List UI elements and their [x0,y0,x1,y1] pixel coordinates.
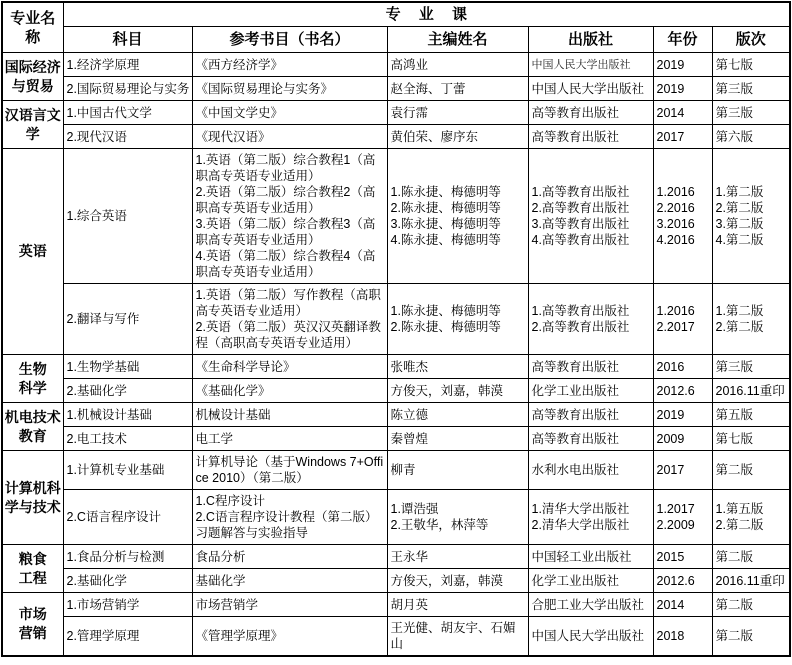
editor-cell: 黄伯荣、廖序东 [387,125,528,149]
edition-cell: 2016.11重印 [712,379,790,403]
year-cell: 2019 [653,403,712,427]
book-cell: 《国际贸易理论与实务》 [192,77,387,101]
major-name-cell: 粮食 工程 [2,545,63,593]
subject-cell: 2.基础化学 [63,569,192,593]
year-cell: 2017 [653,125,712,149]
edition-cell: 第二版 [712,545,790,569]
publisher-cell: 1.高等教育出版社 2.高等教育出版社 [528,284,653,355]
editor-cell: 方俊天，刘嘉，韩漠 [387,569,528,593]
publisher-cell: 中国人民大学出版社 [528,53,653,77]
book-cell: 1.英语（第二版）综合教程1（高职高专英语专业适用） 2.英语（第二版）综合教程… [192,149,387,284]
publisher-cell: 水利水电出版社 [528,451,653,490]
major-name-cell: 计算机科 学与技术 [2,451,63,545]
year-cell: 2019 [653,77,712,101]
edition-cell: 第二版 [712,617,790,657]
major-name-cell: 市场 营销 [2,593,63,657]
edition-cell: 1.第二版 2.第二版 [712,284,790,355]
major-name-cell: 国际经济 与贸易 [2,53,63,101]
publisher-cell: 1.清华大学出版社 2.清华大学出版社 [528,490,653,545]
column-header-3: 出版社 [528,27,653,53]
edition-cell: 第五版 [712,403,790,427]
editor-cell: 胡月英 [387,593,528,617]
publisher-cell: 高等教育出版社 [528,101,653,125]
table-row: 机电技术 教育1.机械设计基础机械设计基础陈立德高等教育出版社2019第五版 [2,403,790,427]
editor-cell: 王光健、胡友宇、石媚山 [387,617,528,657]
book-cell: 《生命科学导论》 [192,355,387,379]
subject-cell: 1.市场营销学 [63,593,192,617]
subject-cell: 1.食品分析与检测 [63,545,192,569]
edition-cell: 1.第五版 2.第二版 [712,490,790,545]
course-reference-table: 专业名 称 专 业 课 科目参考书目（书名）主编姓名出版社年份版次 国际经济 与… [1,1,791,657]
document-page: 专业名 称 专 业 课 科目参考书目（书名）主编姓名出版社年份版次 国际经济 与… [0,0,792,665]
publisher-cell: 高等教育出版社 [528,427,653,451]
edition-cell: 第三版 [712,101,790,125]
book-cell: 1.英语（第二版）写作教程（高职高专英语专业适用） 2.英语（第二版）英汉汉英翻… [192,284,387,355]
subject-cell: 2.基础化学 [63,379,192,403]
publisher-cell: 中国轻工业出版社 [528,545,653,569]
book-cell: 《管理学原理》 [192,617,387,657]
table-row: 2.C语言程序设计1.C程序设计 2.C语言程序设计教程（第二版）习题解答与实验… [2,490,790,545]
subject-cell: 2.C语言程序设计 [63,490,192,545]
publisher-cell: 化学工业出版社 [528,379,653,403]
column-header-1: 参考书目（书名） [192,27,387,53]
editor-cell: 方俊天，刘嘉，韩漠 [387,379,528,403]
year-cell: 2012.6 [653,379,712,403]
edition-cell: 第二版 [712,451,790,490]
editor-cell: 1.陈永捷、梅德明等 2.陈永捷、梅德明等 [387,284,528,355]
subject-cell: 2.现代汉语 [63,125,192,149]
table-body: 国际经济 与贸易1.经济学原理《西方经济学》高鸿业中国人民大学出版社2019第七… [2,53,790,657]
edition-cell: 第六版 [712,125,790,149]
edition-cell: 2016.11重印 [712,569,790,593]
subject-cell: 2.管理学原理 [63,617,192,657]
book-cell: 机械设计基础 [192,403,387,427]
editor-cell: 张唯杰 [387,355,528,379]
book-cell: 《基础化学》 [192,379,387,403]
year-cell: 1.2017 2.2009 [653,490,712,545]
edition-cell: 第七版 [712,427,790,451]
major-name-cell: 汉语言文 学 [2,101,63,149]
editor-cell: 陈立德 [387,403,528,427]
major-name-cell: 英语 [2,149,63,355]
book-cell: 1.C程序设计 2.C语言程序设计教程（第二版）习题解答与实验指导 [192,490,387,545]
year-cell: 2009 [653,427,712,451]
publisher-cell: 合肥工业大学出版社 [528,593,653,617]
year-cell: 1.2016 2.2016 3.2016 4.2016 [653,149,712,284]
editor-cell: 袁行霈 [387,101,528,125]
table-row: 2.现代汉语《现代汉语》黄伯荣、廖序东高等教育出版社2017第六版 [2,125,790,149]
edition-cell: 第三版 [712,77,790,101]
year-cell: 2012.6 [653,569,712,593]
editor-cell: 1.陈永捷、梅德明等 2.陈永捷、梅德明等 3.陈永捷、梅德明等 4.陈永捷、梅… [387,149,528,284]
table-row: 2.翻译与写作1.英语（第二版）写作教程（高职高专英语专业适用） 2.英语（第二… [2,284,790,355]
year-cell: 2019 [653,53,712,77]
table-row: 2.管理学原理《管理学原理》王光健、胡友宇、石媚山中国人民大学出版社2018第二… [2,617,790,657]
major-name-cell: 生物 科学 [2,355,63,403]
edition-cell: 第二版 [712,593,790,617]
publisher-cell: 中国人民大学出版社 [528,617,653,657]
subject-cell: 1.计算机专业基础 [63,451,192,490]
table-row: 2.国际贸易理论与实务《国际贸易理论与实务》赵全海、丁蕾中国人民大学出版社201… [2,77,790,101]
publisher-cell: 高等教育出版社 [528,355,653,379]
year-cell: 2017 [653,451,712,490]
editor-cell: 1.谭浩强 2.王敬华，林萍等 [387,490,528,545]
table-row: 2.基础化学《基础化学》方俊天，刘嘉，韩漠化学工业出版社2012.62016.1… [2,379,790,403]
corner-header-major-name: 专业名 称 [2,2,63,53]
column-header-0: 科目 [63,27,192,53]
editor-cell: 秦曾煌 [387,427,528,451]
edition-cell: 第三版 [712,355,790,379]
table-row: 市场 营销1.市场营销学市场营销学胡月英合肥工业大学出版社2014第二版 [2,593,790,617]
table-row: 粮食 工程1.食品分析与检测食品分析王永华中国轻工业出版社2015第二版 [2,545,790,569]
year-cell: 1.2016 2.2017 [653,284,712,355]
subject-cell: 2.电工技术 [63,427,192,451]
publisher-cell: 1.高等教育出版社 2.高等教育出版社 3.高等教育出版社 4.高等教育出版社 [528,149,653,284]
book-cell: 计算机导论（基于Windows 7+Office 2010）（第二版） [192,451,387,490]
subject-cell: 1.经济学原理 [63,53,192,77]
table-row: 生物 科学1.生物学基础《生命科学导论》张唯杰高等教育出版社2016第三版 [2,355,790,379]
book-cell: 电工学 [192,427,387,451]
publisher-cell: 化学工业出版社 [528,569,653,593]
book-cell: 《现代汉语》 [192,125,387,149]
editor-cell: 王永华 [387,545,528,569]
book-cell: 市场营销学 [192,593,387,617]
subject-cell: 1.机械设计基础 [63,403,192,427]
edition-cell: 第七版 [712,53,790,77]
table-row: 2.电工技术电工学秦曾煌高等教育出版社2009第七版 [2,427,790,451]
year-cell: 2014 [653,101,712,125]
year-cell: 2014 [653,593,712,617]
subject-cell: 2.翻译与写作 [63,284,192,355]
table-row: 计算机科 学与技术1.计算机专业基础计算机导论（基于Windows 7+Offi… [2,451,790,490]
top-header-major-courses: 专 业 课 [63,2,790,27]
table-row: 2.基础化学基础化学方俊天，刘嘉，韩漠化学工业出版社2012.62016.11重… [2,569,790,593]
book-cell: 《西方经济学》 [192,53,387,77]
publisher-cell: 高等教育出版社 [528,403,653,427]
book-cell: 食品分析 [192,545,387,569]
table-row: 英语1.综合英语1.英语（第二版）综合教程1（高职高专英语专业适用） 2.英语（… [2,149,790,284]
year-cell: 2015 [653,545,712,569]
edition-cell: 1.第二版 2.第二版 3.第二版 4.第二版 [712,149,790,284]
table-row: 汉语言文 学1.中国古代文学《中国文学史》袁行霈高等教育出版社2014第三版 [2,101,790,125]
publisher-cell: 中国人民大学出版社 [528,77,653,101]
editor-cell: 柳青 [387,451,528,490]
book-cell: 《中国文学史》 [192,101,387,125]
book-cell: 基础化学 [192,569,387,593]
column-header-5: 版次 [712,27,790,53]
year-cell: 2016 [653,355,712,379]
major-name-cell: 机电技术 教育 [2,403,63,451]
subject-cell: 1.中国古代文学 [63,101,192,125]
subject-cell: 1.生物学基础 [63,355,192,379]
year-cell: 2018 [653,617,712,657]
column-header-4: 年份 [653,27,712,53]
column-header-2: 主编姓名 [387,27,528,53]
subject-cell: 2.国际贸易理论与实务 [63,77,192,101]
publisher-cell: 高等教育出版社 [528,125,653,149]
top-header-row: 专业名 称 专 业 课 [2,2,790,27]
table-row: 国际经济 与贸易1.经济学原理《西方经济学》高鸿业中国人民大学出版社2019第七… [2,53,790,77]
editor-cell: 赵全海、丁蕾 [387,77,528,101]
subject-cell: 1.综合英语 [63,149,192,284]
column-header-row: 科目参考书目（书名）主编姓名出版社年份版次 [2,27,790,53]
editor-cell: 高鸿业 [387,53,528,77]
